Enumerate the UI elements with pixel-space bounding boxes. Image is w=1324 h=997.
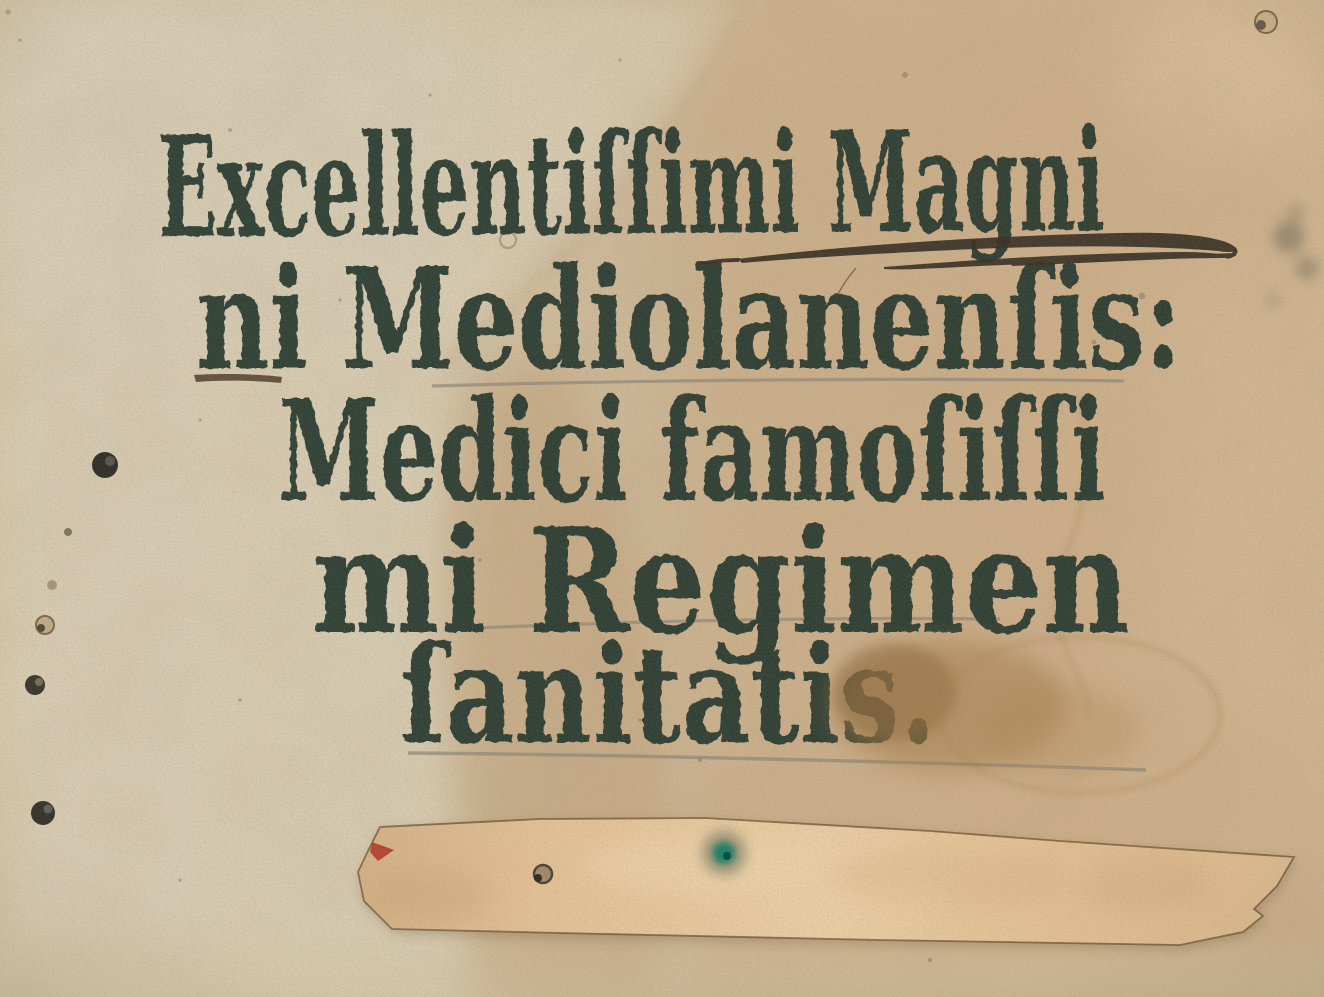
page-scan-svg: Excellentiſſimi Magni ni Mediolanenſis: … xyxy=(0,0,1324,997)
scanned-page: Excellentiſſimi Magni ni Mediolanenſis: … xyxy=(0,0,1324,997)
grain-overlay xyxy=(0,0,1324,997)
